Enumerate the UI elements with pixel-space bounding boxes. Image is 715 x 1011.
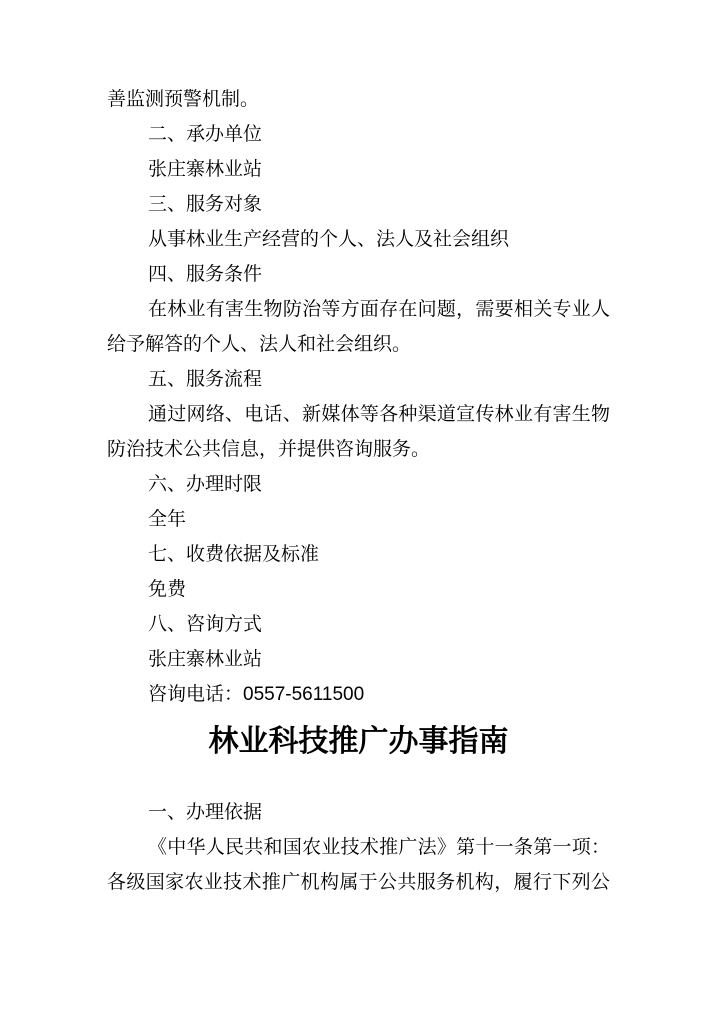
item-heading-line: 八、咨询方式 xyxy=(107,607,610,642)
section-2: 一、办理依据 《中华人民共和国农业技术推广法》第十一条第一项： 各级国家农业技术… xyxy=(107,795,610,900)
text-line: 从事林业生产经营的个人、法人及社会组织 xyxy=(107,222,610,257)
text-line: 免费 xyxy=(107,572,610,607)
document-page: 善监测预警机制。 二、承办单位 张庄寨林业站 三、服务对象 从事林业生产经营的个… xyxy=(0,0,715,1011)
document-title: 林业科技推广办事指南 xyxy=(107,717,610,767)
item-heading-line: 六、办理时限 xyxy=(107,467,610,502)
text-line: 善监测预警机制。 xyxy=(107,82,610,117)
page-content: 善监测预警机制。 二、承办单位 张庄寨林业站 三、服务对象 从事林业生产经营的个… xyxy=(107,82,610,900)
item-heading-line: 四、服务条件 xyxy=(107,257,610,292)
item-heading-line: 二、承办单位 xyxy=(107,117,610,152)
text-line: 防治技术公共信息，并提供咨询服务。 xyxy=(107,432,610,467)
text-line: 张庄寨林业站 xyxy=(107,642,610,677)
text-line: 全年 xyxy=(107,502,610,537)
item-heading-line: 五、服务流程 xyxy=(107,362,610,397)
item-heading-line: 七、收费依据及标准 xyxy=(107,537,610,572)
text-line: 各级国家农业技术推广机构属于公共服务机构，履行下列公 xyxy=(107,865,610,900)
text-line: 《中华人民共和国农业技术推广法》第十一条第一项： xyxy=(107,830,610,865)
text-line: 张庄寨林业站 xyxy=(107,152,610,187)
phone-line: 咨询电话：0557-5611500 xyxy=(107,677,610,712)
item-heading-line: 三、服务对象 xyxy=(107,187,610,222)
text-line: 给予解答的个人、法人和社会组织。 xyxy=(107,327,610,362)
text-line: 通过网络、电话、新媒体等各种渠道宣传林业有害生物 xyxy=(107,397,610,432)
text-line: 在林业有害生物防治等方面存在问题，需要相关专业人 xyxy=(107,292,610,327)
item-heading-line: 一、办理依据 xyxy=(107,795,610,830)
